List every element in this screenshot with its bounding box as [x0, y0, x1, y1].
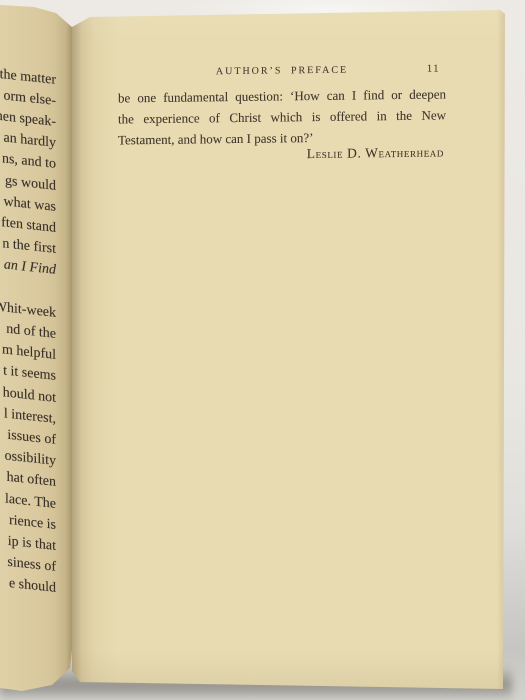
- preface-paragraph: be one fundamental question: ‘How can I …: [118, 84, 446, 150]
- left-page-line: lace. The: [5, 491, 56, 512]
- book-photo: the matterorm else-hen speak-an hardlyns…: [0, 0, 525, 700]
- left-page-text: the matterorm else-hen speak-an hardlyns…: [0, 0, 73, 700]
- left-page-line: m helpful: [2, 342, 56, 364]
- left-page-line: n the first: [2, 236, 56, 258]
- left-page-line: rience is: [9, 513, 56, 534]
- left-page-line: ip is that: [8, 534, 56, 555]
- left-page-line: ften stand: [1, 215, 56, 237]
- left-page: the matterorm else-hen speak-an hardlyns…: [0, 0, 73, 700]
- right-page-content: AUTHOR’S PREFACE 11 be one fundamental q…: [72, 0, 506, 700]
- left-page-line: t it seems: [3, 364, 56, 386]
- attribution: Leslie D. Weatherhead: [118, 144, 446, 164]
- left-page-line: hat often: [7, 470, 56, 491]
- left-page-line: nd of the: [6, 322, 56, 343]
- right-page: AUTHOR’S PREFACE 11 be one fundamental q…: [72, 0, 506, 700]
- left-page-line: issues of: [7, 428, 56, 449]
- page-number: 11: [427, 64, 440, 75]
- left-page-line: l interest,: [4, 406, 56, 427]
- left-page-line: gs would: [5, 173, 56, 194]
- left-page-line: orm else-: [4, 88, 56, 110]
- left-page-line: what was: [4, 194, 57, 216]
- header-row: AUTHOR’S PREFACE 11: [118, 63, 446, 81]
- left-page-line: ossibility: [5, 449, 56, 470]
- body-line: the experience of Christ which is offere…: [118, 105, 446, 130]
- left-page-line: ns, and to: [2, 152, 56, 174]
- left-page-line: an I Find: [4, 258, 56, 279]
- left-page-line: an hardly: [4, 130, 56, 152]
- left-page-line: the matter: [0, 66, 56, 88]
- left-page-line: hen speak-: [0, 108, 56, 130]
- left-page-line: Whit-week: [0, 299, 56, 322]
- left-page-line: hould not: [3, 385, 56, 407]
- running-header-title: AUTHOR’S PREFACE: [118, 63, 446, 78]
- left-page-line: e should: [9, 576, 56, 597]
- left-page-line: siness of: [7, 555, 56, 576]
